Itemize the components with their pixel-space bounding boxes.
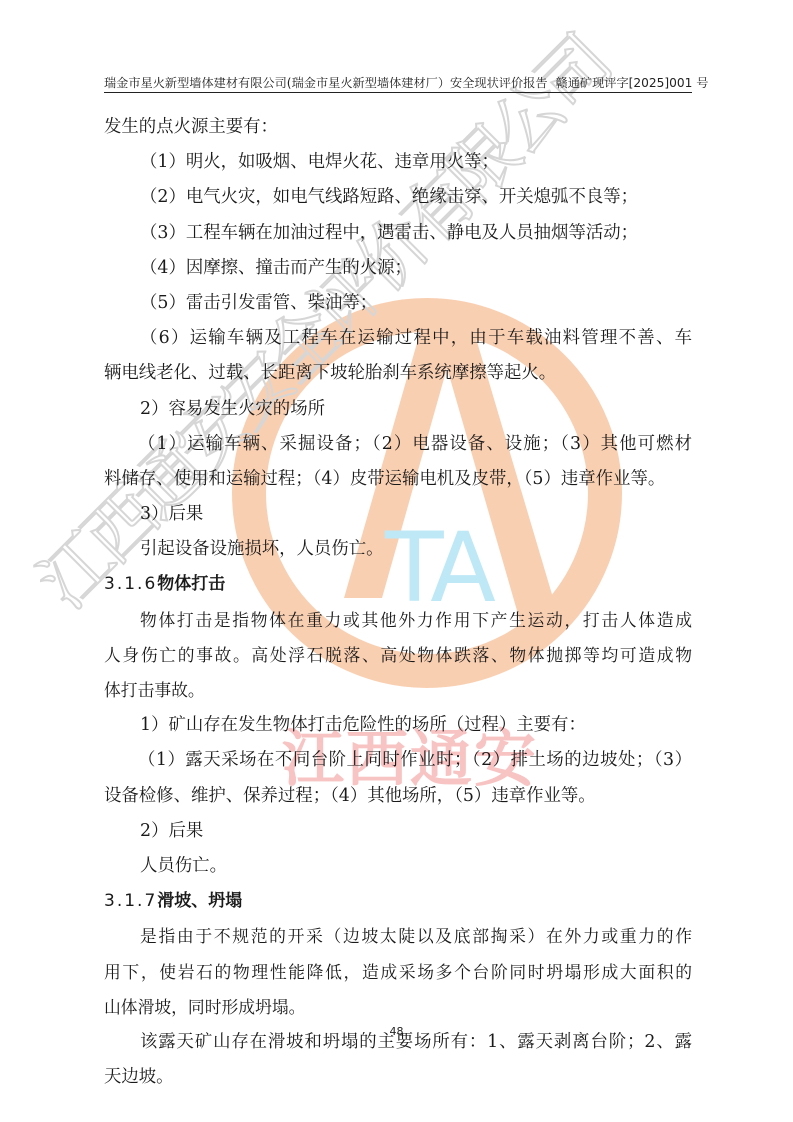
subheading-fire-places: 2）容易发生火灾的场所 (104, 392, 692, 427)
paragraph-definition-continuation: 用下，使岩石的物理性能降低，造成采场多个台阶同时坍塌形成大面积的 (104, 955, 692, 990)
list-item: （1）明火，如吸烟、电焊火花、违章用火等； (104, 145, 692, 180)
report-title: 瑞金市星火新型墙体建材有限公司(瑞金市星火新型墙体建材厂）安全现状评价报告 (104, 75, 548, 92)
paragraph-definition-continuation: 山体滑坡，同时形成坍塌。 (104, 990, 692, 1025)
list-item: （6）运输车辆及工程车在运输过程中，由于车载油料管理不善、车 (104, 321, 692, 356)
subheading-fire-consequence: 3）后果 (104, 497, 692, 532)
list-item: （4）因摩擦、撞击而产生的火源； (104, 251, 692, 286)
paragraph-intro: 发生的点火源主要有： (104, 110, 692, 145)
paragraph-definition: 是指由于不规范的开采（边坡太陡以及底部掏采）在外力或重力的作 (104, 919, 692, 954)
document-number: 赣通矿现评字[2025]001 号 (556, 75, 709, 92)
subheading-impact-places: 1）矿山存在发生物体打击危险性的场所（过程）主要有： (104, 708, 692, 743)
section-heading-3-1-7: 3.1.7滑坡、坍塌 (104, 884, 692, 919)
list-item: （2）电气火灾，如电气线路短路、绝缘击穿、开关熄弧不良等； (104, 180, 692, 215)
paragraph-fire-consequence: 引起设备设施损坏，人员伤亡。 (104, 532, 692, 567)
paragraph-definition-continuation: 体打击事故。 (104, 673, 692, 708)
page-header: 瑞金市星火新型墙体建材有限公司(瑞金市星火新型墙体建材厂）安全现状评价报告 赣通… (104, 75, 692, 93)
section-number: 3.1.6 (104, 574, 157, 594)
paragraph-impact-places: （1）露天采场在不同台阶上同时作业时；（2）排土场的边坡处；（3） (104, 743, 692, 778)
list-item: （5）雷击引发雷管、柴油等； (104, 286, 692, 321)
section-heading-3-1-6: 3.1.6物体打击 (104, 567, 692, 602)
subheading-impact-consequence: 2）后果 (104, 814, 692, 849)
paragraph-impact-places-continuation: 设备检修、维护、保养过程；（4）其他场所，（5）违章作业等。 (104, 779, 692, 814)
section-title: 滑坡、坍塌 (157, 891, 242, 911)
page-number: 48 (0, 1025, 793, 1038)
paragraph-definition: 物体打击是指物体在重力或其他外力作用下产生运动，打击人体造成 (104, 603, 692, 638)
document-page: TA 江西通安 江西通安安全评价有限公司 瑞金市星火新型墙体建材有限公司(瑞金市… (0, 0, 793, 1122)
list-item-continuation: 辆电线老化、过载、长距离下坡轮胎刹车系统摩擦等起火。 (104, 356, 692, 391)
section-number: 3.1.7 (104, 891, 157, 911)
paragraph-impact-consequence: 人员伤亡。 (104, 849, 692, 884)
paragraph-fire-places-continuation: 料储存、使用和运输过程；（4）皮带运输电机及皮带，（5）违章作业等。 (104, 462, 692, 497)
section-title: 物体打击 (157, 574, 225, 594)
paragraph-definition-continuation: 人身伤亡的事故。高处浮石脱落、高处物体跌落、物体抛掷等均可造成物 (104, 638, 692, 673)
document-body: 发生的点火源主要有： （1）明火，如吸烟、电焊火花、违章用火等； （2）电气火灾… (104, 110, 692, 1095)
paragraph-fire-places: （1）运输车辆、采掘设备；（2）电器设备、设施；（3）其他可燃材 (104, 427, 692, 462)
paragraph-landslide-places-continuation: 天边坡。 (104, 1060, 692, 1095)
list-item: （3）工程车辆在加油过程中，遇雷击、静电及人员抽烟等活动； (104, 216, 692, 251)
